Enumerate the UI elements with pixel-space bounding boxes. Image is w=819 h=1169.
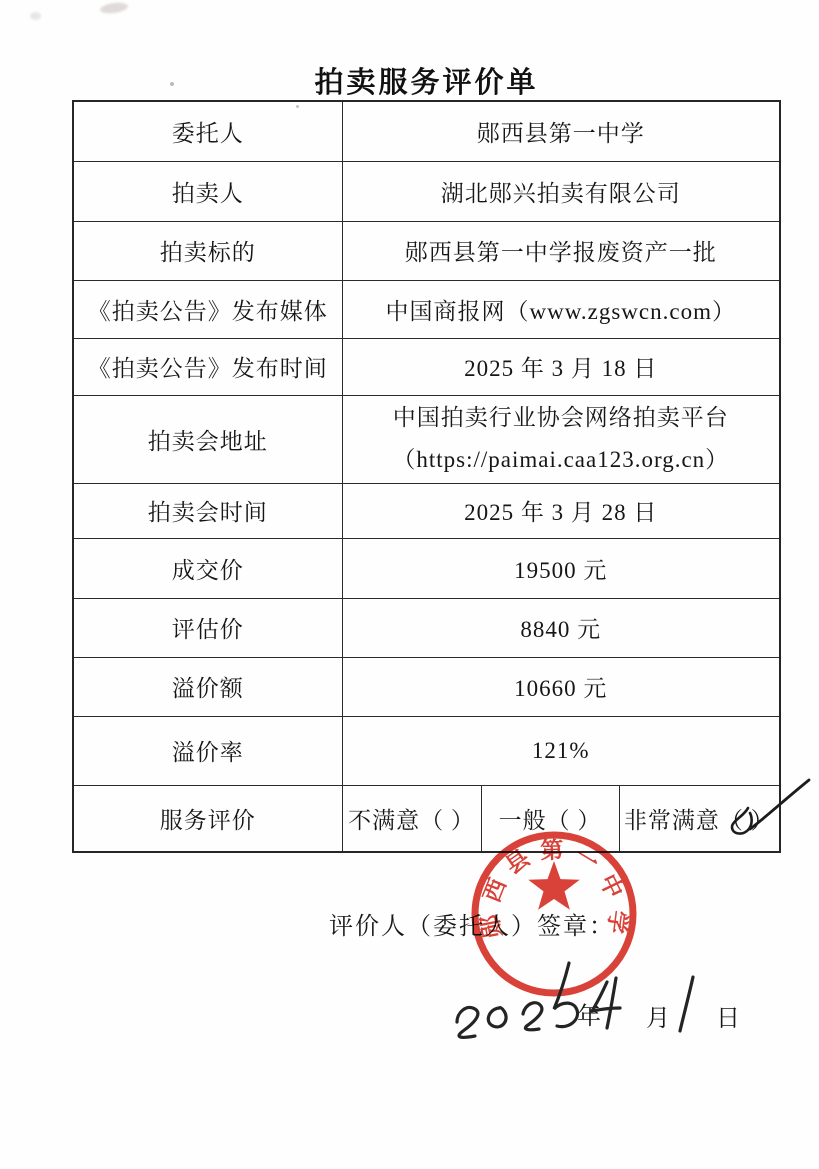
scan-smudge [99, 1, 128, 15]
row-value: 19500 元 [342, 538, 780, 598]
venue-line2: （https://paimai.caa123.org.cn） [347, 439, 776, 481]
date-month-label: 月 [646, 998, 670, 1033]
row-label: 委托人 [73, 101, 342, 161]
row-value: 121% [342, 716, 780, 785]
row-label: 评估价 [73, 598, 342, 657]
row-value: 8840 元 [342, 598, 780, 657]
row-value: 2025 年 3 月 18 日 [342, 338, 780, 395]
rating-row: 服务评价 不满意（ ） 一般（ ） 非常满意（ ） [73, 785, 780, 852]
star-icon [528, 861, 579, 910]
row-label: 拍卖会时间 [73, 483, 342, 538]
page-title: 拍卖服务评价单 [73, 60, 780, 101]
table-row: 成交价 19500 元 [73, 538, 780, 598]
row-label: 《拍卖公告》发布媒体 [73, 280, 342, 338]
row-value: 湖北郧兴拍卖有限公司 [342, 161, 780, 221]
table-row: 溢价额 10660 元 [73, 657, 780, 716]
table-row: 溢价率 121% [73, 716, 780, 785]
table-row: 拍卖标的 郧西县第一中学报废资产一批 [73, 221, 780, 280]
official-seal: 郧西县第一中学 [464, 824, 644, 1004]
row-value: 郧西县第一中学 [342, 101, 780, 161]
rating-option-unsatisfied: 不满意（ ） [342, 785, 481, 852]
row-label: 成交价 [73, 538, 342, 598]
form-table: 委托人 郧西县第一中学 拍卖人 湖北郧兴拍卖有限公司 拍卖标的 郧西县第一中学报… [72, 100, 781, 853]
date-day-label: 日 [716, 998, 740, 1033]
scan-smudge [30, 12, 41, 20]
table-row: 拍卖会地址 中国拍卖行业协会网络拍卖平台 （https://paimai.caa… [73, 395, 780, 483]
row-value: 郧西县第一中学报废资产一批 [342, 221, 780, 280]
row-label: 溢价额 [73, 657, 342, 716]
table-row: 《拍卖公告》发布媒体 中国商报网（www.zgswcn.com） [73, 280, 780, 338]
row-value: 2025 年 3 月 28 日 [342, 483, 780, 538]
venue-line1: 中国拍卖行业协会网络拍卖平台 [347, 397, 776, 439]
table-row: 《拍卖公告》发布时间 2025 年 3 月 18 日 [73, 338, 780, 395]
row-value: 中国拍卖行业协会网络拍卖平台 （https://paimai.caa123.or… [342, 395, 780, 483]
table-row: 评估价 8840 元 [73, 598, 780, 657]
row-label: 《拍卖公告》发布时间 [73, 338, 342, 395]
row-label: 拍卖人 [73, 161, 342, 221]
row-label: 服务评价 [73, 785, 342, 852]
table-row: 拍卖人 湖北郧兴拍卖有限公司 [73, 161, 780, 221]
row-label: 拍卖标的 [73, 221, 342, 280]
row-label: 拍卖会地址 [73, 395, 342, 483]
scanned-evaluation-form: 拍卖服务评价单 委托人 郧西县第一中学 拍卖人 湖北郧兴拍卖有限公司 拍卖标的 … [0, 0, 819, 1169]
row-value: 10660 元 [342, 657, 780, 716]
row-label: 溢价率 [73, 716, 342, 785]
table-row: 委托人 郧西县第一中学 [73, 101, 780, 161]
row-value: 中国商报网（www.zgswcn.com） [342, 280, 780, 338]
table-row: 拍卖会时间 2025 年 3 月 28 日 [73, 483, 780, 538]
